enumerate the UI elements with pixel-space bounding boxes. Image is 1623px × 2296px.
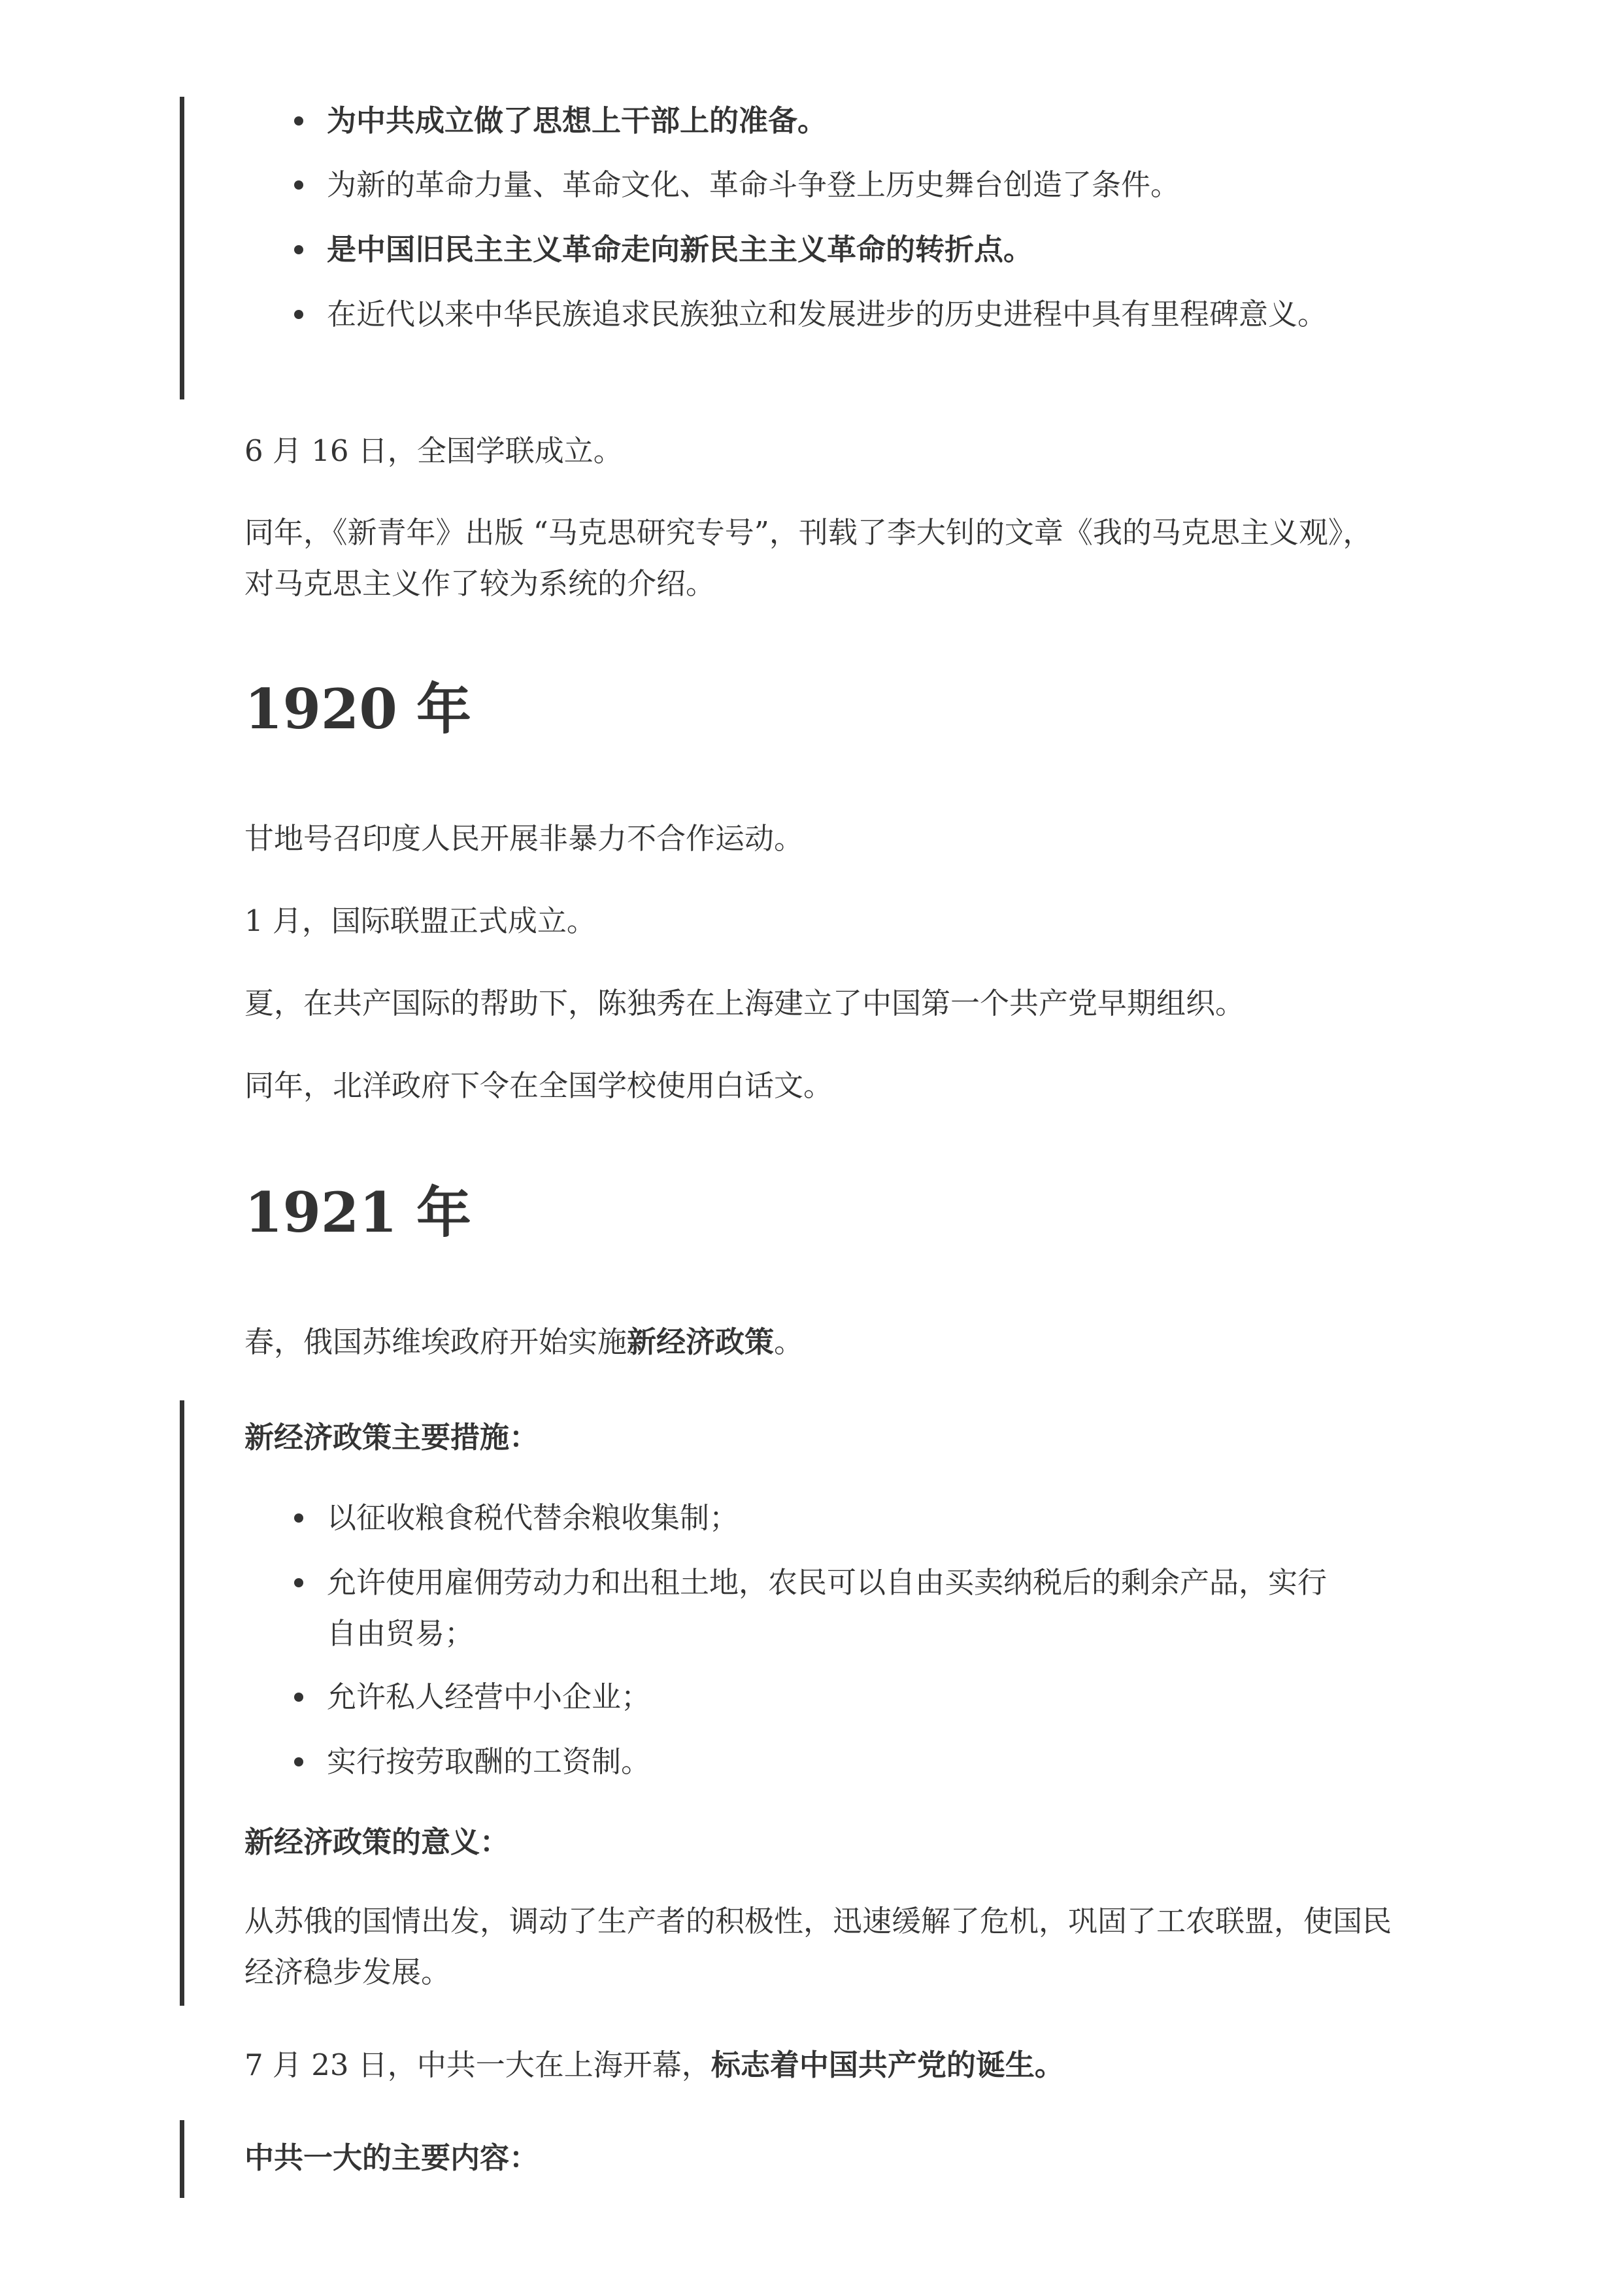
bullet-icon (294, 1693, 303, 1702)
nep-significance-text: 从苏俄的国情出发，调动了生产者的积极性，迅速缓解了危机，巩固了工农联盟，使国民经… (244, 1896, 1395, 1998)
paragraph: 同年，《新青年》出版 “马克思研究专号”，刊载了李大钊的文章《我的马克思主义观》… (244, 507, 1388, 609)
cpc-text: 7 月 23 日，中共一大在上海开幕， (244, 2048, 711, 2082)
document-page: 为中共成立做了思想上干部上的准备。 为新的革命力量、革命文化、革命斗争登上历史舞… (0, 0, 1623, 2296)
section-heading-1920: 1920 年 (244, 673, 471, 745)
bullet-icon (294, 116, 303, 126)
blockquote-bar (180, 97, 184, 399)
bullet-icon (294, 1757, 303, 1766)
list-item: 以征收粮食税代替余粮收集制； (327, 1493, 1347, 1544)
paragraph: 甘地号召印度人民开展非暴力不合作运动。 (244, 813, 1395, 864)
list-item: 允许私人经营中小企业； (327, 1672, 1347, 1723)
blockquote-bar (180, 1400, 184, 2006)
bullet-icon (294, 180, 303, 190)
bullet-icon (294, 310, 303, 319)
nep-measures-title: 新经济政策主要措施： (244, 1412, 1395, 1463)
cpc-bold-text: 标志着中国共产党的诞生。 (711, 2048, 1064, 2082)
intro-text: 春，俄国苏维埃政府开始实施 (244, 1325, 627, 1359)
paragraph-cpc: 7 月 23 日，中共一大在上海开幕，标志着中国共产党的诞生。 (244, 2040, 1395, 2091)
blockquote-bar (180, 2120, 184, 2198)
list-item: 为新的革命力量、革命文化、革命斗争登上历史舞台创造了条件。 (327, 160, 1347, 211)
intro-suffix: 。 (774, 1325, 803, 1359)
nep-significance-title: 新经济政策的意义： (244, 1817, 1395, 1868)
paragraph: 6 月 16 日，全国学联成立。 (244, 426, 1395, 477)
list-item: 为中共成立做了思想上干部上的准备。 (327, 95, 1347, 146)
intro-bold-text: 新经济政策 (627, 1325, 774, 1359)
section-heading-1921: 1921 年 (244, 1177, 471, 1249)
bullet-icon (294, 1513, 303, 1523)
paragraph: 同年，北洋政府下令在全国学校使用白话文。 (244, 1060, 1395, 1111)
list-item: 在近代以来中华民族追求民族独立和发展进步的历史进程中具有里程碑意义。 (327, 289, 1333, 340)
paragraph: 夏，在共产国际的帮助下，陈独秀在上海建立了中国第一个共产党早期组织。 (244, 978, 1395, 1029)
list-item: 允许使用雇佣劳动力和出租土地，农民可以自由买卖纳税后的剩余产品，实行自由贸易； (327, 1557, 1333, 1659)
paragraph-nep-intro: 春，俄国苏维埃政府开始实施新经济政策。 (244, 1317, 1395, 1368)
list-item: 实行按劳取酬的工资制。 (327, 1736, 1347, 1787)
bullet-icon (294, 1578, 303, 1587)
paragraph: 1 月，国际联盟正式成立。 (244, 896, 1395, 947)
bullet-icon (294, 245, 303, 254)
list-item: 是中国旧民主主义革命走向新民主主义革命的转折点。 (327, 224, 1347, 275)
cpc-content-title: 中共一大的主要内容： (244, 2133, 1395, 2184)
